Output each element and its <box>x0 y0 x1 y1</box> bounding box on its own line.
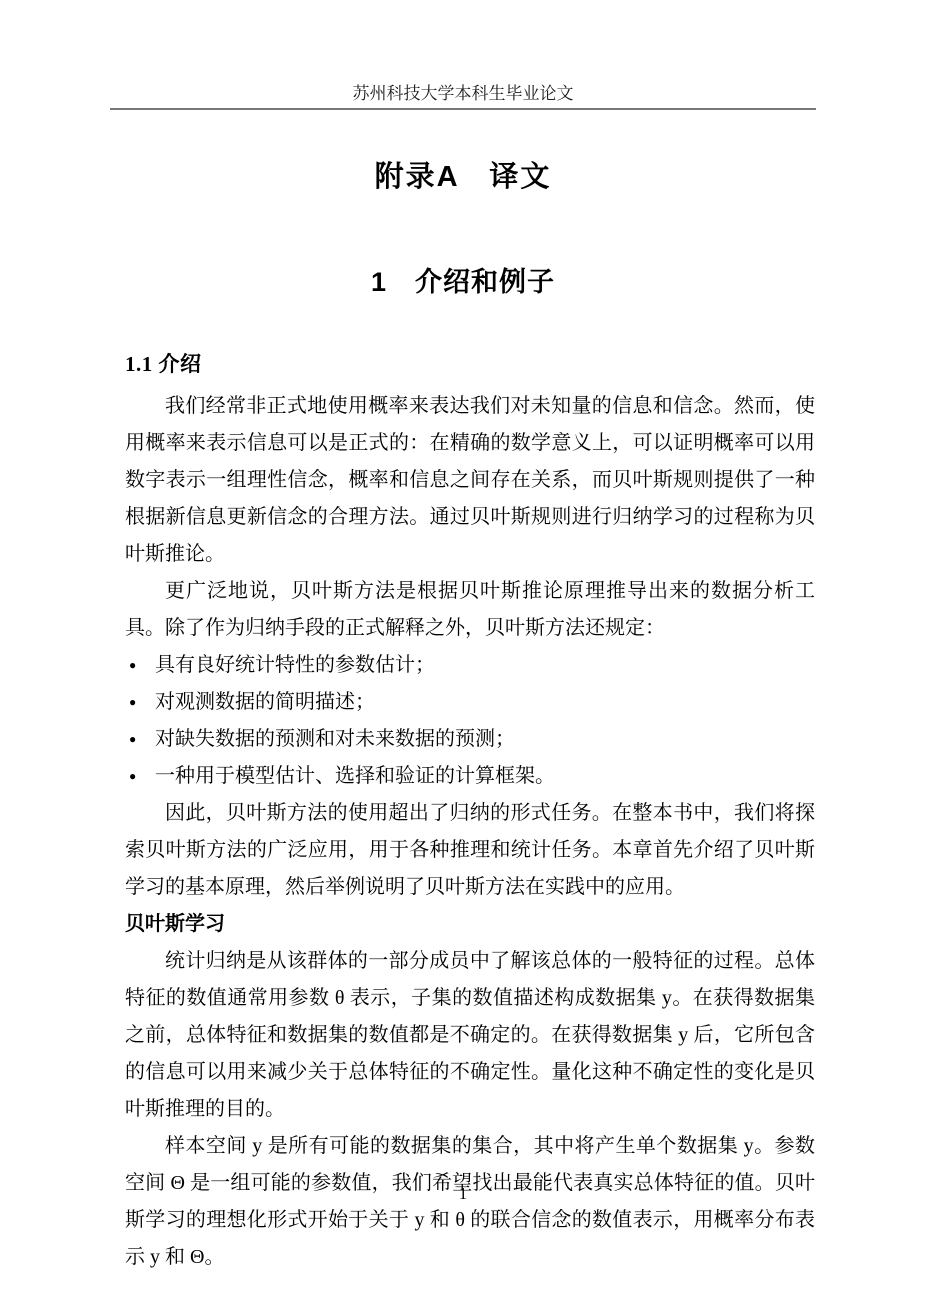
bullet-item-text: 一种用于模型估计、选择和验证的计算框架。 <box>155 765 555 787</box>
bullet-item: ● 一种用于模型估计、选择和验证的计算框架。 <box>125 758 815 795</box>
bullet-icon: ● <box>129 647 136 684</box>
paragraph-intro-2: 更广泛地说，贝叶斯方法是根据贝叶斯推论原理推导出来的数据分析工具。除了作为归纳手… <box>125 573 815 647</box>
bullet-item: ● 对观测数据的简明描述； <box>125 684 815 721</box>
paragraph-conclusion: 因此，贝叶斯方法的使用超出了归纳的形式任务。在整本书中，我们将探索贝叶斯方法的广… <box>125 795 815 906</box>
bullet-icon: ● <box>129 684 136 721</box>
appendix-title: 附录A 译文 <box>0 160 926 194</box>
bullet-item: ● 具有良好统计特性的参数估计； <box>125 647 815 684</box>
bullet-list: ● 具有良好统计特性的参数估计； ● 对观测数据的简明描述； ● 对缺失数据的预… <box>125 647 815 795</box>
header-title: 苏州科技大学本科生毕业论文 <box>0 0 926 104</box>
section-heading-1-1: 1.1 介绍 <box>125 350 815 378</box>
paragraph-intro-1: 我们经常非正式地使用概率来表达我们对未知量的信息和信念。然而，使用概率来表示信息… <box>125 388 815 573</box>
bullet-icon: ● <box>129 758 136 795</box>
chapter-title: 1 介绍和例子 <box>0 266 926 298</box>
bullet-item-text: 对观测数据的简明描述； <box>155 691 375 713</box>
bullet-item-text: 具有良好统计特性的参数估计； <box>155 654 435 676</box>
document-body: 1.1 介绍 我们经常非正式地使用概率来表达我们对未知量的信息和信念。然而，使用… <box>125 350 815 1276</box>
bayes-learning-heading: 贝叶斯学习 <box>125 906 815 943</box>
header-divider <box>110 108 816 110</box>
page-number: 1 <box>0 1184 926 1204</box>
bullet-item: ● 对缺失数据的预测和对未来数据的预测； <box>125 721 815 758</box>
bullet-item-text: 对缺失数据的预测和对未来数据的预测； <box>155 728 515 750</box>
bullet-icon: ● <box>129 721 136 758</box>
page-header: 苏州科技大学本科生毕业论文 <box>0 0 926 110</box>
document-page: 苏州科技大学本科生毕业论文 附录A 译文 1 介绍和例子 1.1 介绍 我们经常… <box>0 0 926 1309</box>
paragraph-bayes-1: 统计归纳是从该群体的一部分成员中了解该总体的一般特征的过程。总体特征的数值通常用… <box>125 943 815 1128</box>
